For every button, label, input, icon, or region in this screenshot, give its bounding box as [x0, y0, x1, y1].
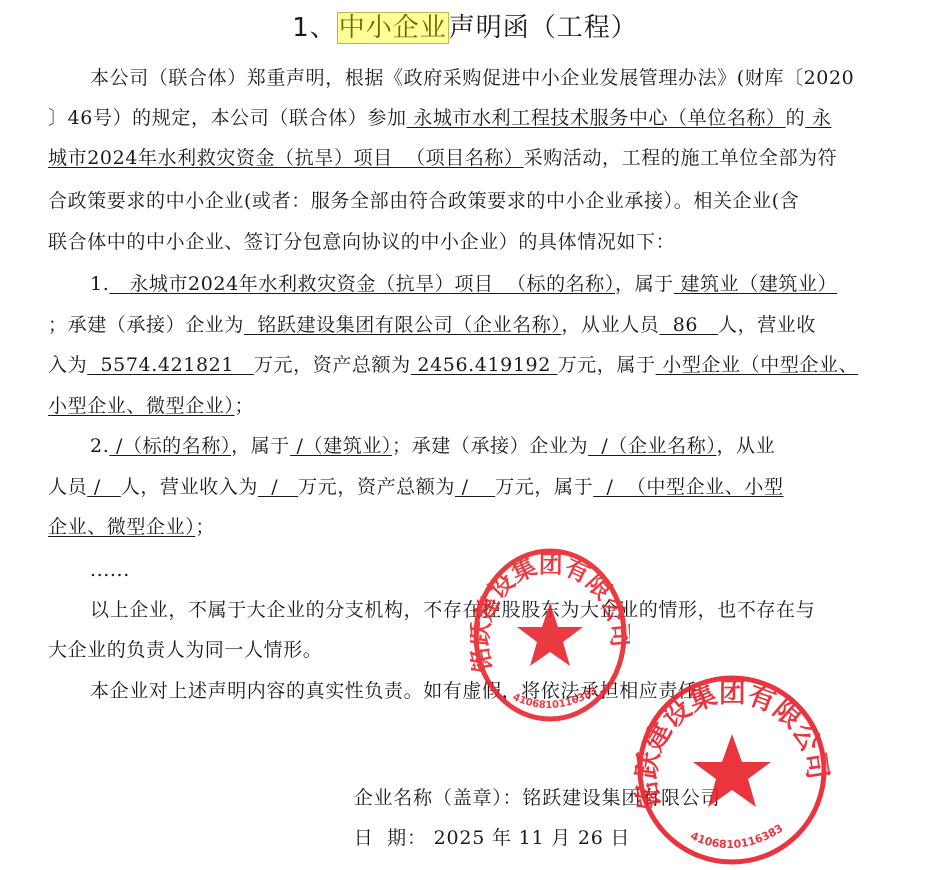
- item1-company: 铭跃建设集团有限公司（企业名称）: [244, 314, 561, 336]
- signature-date: 日 期： 2025 年 11 月 26 日: [340, 802, 630, 850]
- item2-staff: /: [87, 476, 121, 498]
- item1-subject: 永城市2024年水利救灾资金（抗旱）项目 （标的名称）: [109, 273, 615, 295]
- item2-company: /（企业名称）: [588, 435, 716, 457]
- item2-line3: 企业、微型企业）；: [48, 515, 215, 539]
- unit-name-field: 永城市水利工程技术服务中心（单位名称）: [407, 107, 786, 129]
- project-name-field: 城市2024年水利救灾资金（抗旱）项目 （项目名称）: [48, 147, 524, 169]
- para2-line2: 大企业的负责人为同一人情形。: [48, 638, 322, 662]
- item2-revenue: /: [258, 476, 298, 498]
- item2-size: / （中型企业、小型: [593, 476, 783, 498]
- item1-line1: 1. 永城市2024年水利救灾资金（抗旱）项目 （标的名称），属于 建筑业（建筑…: [90, 272, 837, 296]
- item1-staff: 86: [659, 314, 718, 336]
- item2-subject: /（标的名称）: [109, 435, 231, 457]
- page-title: 1、中小企业声明函（工程）: [0, 8, 930, 48]
- item1-line4: 小型企业、微型企业）；: [48, 394, 254, 418]
- item1-line2: ；承建（承接）企业为 铭跃建设集团有限公司（企业名称），从业人员 86 人，营业…: [48, 313, 816, 337]
- title-highlight: 中小企业: [337, 12, 449, 44]
- item1-assets: 2456.419192: [411, 354, 558, 376]
- para1-line2: 〕46号）的规定，本公司（联合体）参加 永城市水利工程技术服务中心（单位名称）的…: [48, 106, 831, 130]
- title-number: 1、: [292, 13, 337, 43]
- item2-industry: /（建筑业）: [290, 435, 392, 457]
- para1-line3: 城市2024年水利救灾资金（抗旱）项目 （项目名称）采购活动，工程的施工单位全部…: [48, 146, 837, 170]
- para3: 本企业对上述声明内容的真实性负责。如有虚假，将依法承担相应责任。: [90, 679, 717, 703]
- item2-line2: 人员 / 人，营业收入为 / 万元，资产总额为 / 万元，属于 / （中型企业、…: [48, 475, 784, 499]
- svg-text:4106810116383: 4106810116383: [688, 822, 785, 851]
- item1-industry: 建筑业（建筑业）: [674, 273, 837, 295]
- ellipsis: ......: [90, 558, 130, 582]
- item1-size: 小型企业（中型企业、: [656, 354, 859, 376]
- para2-line1: 以上企业，不属于大企业的分支机构，不存在控股股东为大企业的情形，也不存在与: [90, 598, 815, 622]
- para1-line4: 合政策要求的中小企业(或者：服务全部由符合政策要求的中小企业承接）。相关企业(含: [48, 189, 799, 213]
- title-text: 声明函（工程）: [449, 13, 638, 43]
- item2-assets: /: [455, 476, 495, 498]
- item2-line1: 2. /（标的名称），属于 /（建筑业）；承建（承接）企业为 /（企业名称），从…: [90, 434, 775, 458]
- item1-line3: 入为 5574.421821 万元，资产总额为 2456.419192 万元，属…: [48, 353, 858, 377]
- signature-date-value: 2025 年 11 月 26 日: [427, 827, 631, 849]
- para1-line5: 联合体中的中小企业、签订分包意向协议的中小企业）的具体情况如下：: [48, 230, 675, 254]
- item1-revenue: 5574.421821: [87, 354, 254, 376]
- para1-line1: 本公司（联合体）郑重声明，根据《政府采购促进中小企业发展管理办法》(财库〔202…: [90, 66, 854, 90]
